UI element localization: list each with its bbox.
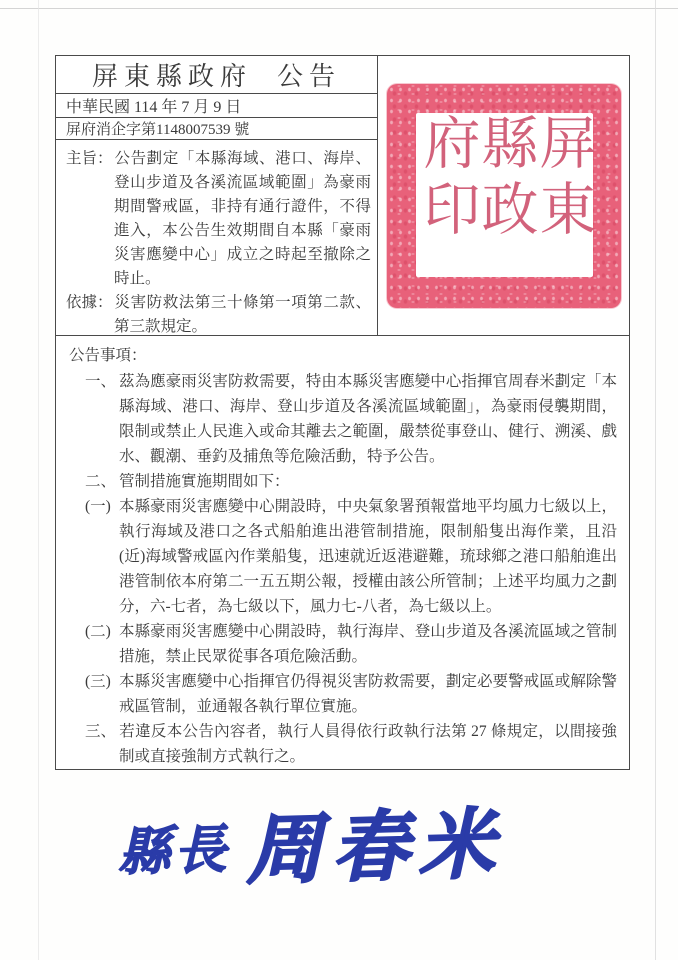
item-2-sub-1: (一)本縣豪雨災害應變中心開設時，中央氣象署預報當地平均風力七級以上，執行海域及… bbox=[85, 494, 617, 619]
scan-artifact-right-line bbox=[655, 0, 656, 960]
scanned-announcement-page: 屏東縣政府 公告 中華民國 114 年 7 月 9 日 屏府消企字第114800… bbox=[0, 0, 678, 960]
item-2-sub-2-number: (二) bbox=[85, 619, 119, 644]
signature-title: 縣長 bbox=[117, 807, 231, 885]
header-left-column: 屏東縣政府 公告 中華民國 114 年 7 月 9 日 屏府消企字第114800… bbox=[56, 56, 378, 335]
subject-basis-cell: 主旨：公告劃定「本縣海域、港口、海岸、登山步道及各溪流區域範圍」為豪雨期間警戒區… bbox=[56, 140, 377, 341]
basis-label: 依據： bbox=[66, 291, 114, 315]
item-2-sub-2-text: 本縣豪雨災害應變中心開設時，執行海岸、登山步道及各溪流區域之管制措施，禁止民眾從… bbox=[119, 623, 617, 665]
item-1-text: 茲為應豪雨災害防救需要，特由本縣災害應變中心指揮官周春米劃定「本縣海域、港口、海… bbox=[119, 373, 617, 465]
item-1-number: 一、 bbox=[85, 369, 119, 394]
seal-text: 屏東縣政府印 bbox=[417, 113, 591, 277]
subject-text: 公告劃定「本縣海域、港口、海岸、登山步道及各溪流區域範圍」為豪雨期間警戒區，非持… bbox=[114, 150, 371, 287]
basis-paragraph: 依據：災害防救法第三十條第一項第二款、第三款規定。 bbox=[66, 291, 371, 339]
item-2-text: 管制措施實施期間如下： bbox=[119, 473, 290, 490]
scan-artifact-left-line bbox=[38, 0, 39, 960]
official-seal-stamp: 屏東縣政府印 bbox=[387, 84, 621, 308]
seal-area: 屏東縣政府印 bbox=[378, 56, 629, 335]
item-2-sub-2: (二)本縣豪雨災害應變中心開設時，執行海岸、登山步道及各溪流區域之管制措施，禁止… bbox=[85, 619, 617, 669]
subject-paragraph: 主旨：公告劃定「本縣海域、港口、海岸、登山步道及各溪流區域範圍」為豪雨期間警戒區… bbox=[66, 147, 371, 291]
item-3: 三、若違反本公告內容者，執行人員得依行政執行法第 27 條規定，以間接強制或直接… bbox=[85, 719, 617, 769]
item-2-sub-3: (三)本縣災害應變中心指揮官仍得視災害防救需要，劃定必要警戒區或解除警戒區管制，… bbox=[85, 669, 617, 719]
document-header-area: 屏東縣政府 公告 中華民國 114 年 7 月 9 日 屏府消企字第114800… bbox=[56, 56, 629, 336]
seal-inner-square: 屏東縣政府印 bbox=[416, 113, 593, 277]
item-2: 二、管制措施實施期間如下： bbox=[85, 469, 617, 494]
item-2-sub-1-text: 本縣豪雨災害應變中心開設時，中央氣象署預報當地平均風力七級以上，執行海域及港口之… bbox=[119, 498, 617, 615]
item-3-text: 若違反本公告內容者，執行人員得依行政執行法第 27 條規定，以間接強制或直接強制… bbox=[119, 723, 617, 765]
announcement-items-section: 公告事項： 一、茲為應豪雨災害防救需要，特由本縣災害應變中心指揮官周春米劃定「本… bbox=[56, 336, 629, 766]
item-2-sub-1-number: (一) bbox=[85, 494, 119, 519]
item-2-sub-3-text: 本縣災害應變中心指揮官仍得視災害防救需要，劃定必要警戒區或解除警戒區管制，並通報… bbox=[119, 673, 617, 715]
item-1: 一、茲為應豪雨災害防救需要，特由本縣災害應變中心指揮官周春米劃定「本縣海域、港口… bbox=[85, 369, 617, 469]
magistrate-signature-block: 縣長 周春米 bbox=[117, 783, 506, 902]
item-2-sub-3-number: (三) bbox=[85, 669, 119, 694]
document-title: 屏東縣政府 公告 bbox=[56, 56, 377, 94]
signature-name: 周春米 bbox=[245, 783, 506, 899]
scan-artifact-top-line bbox=[0, 8, 678, 9]
basis-text: 災害防救法第三十條第一項第二款、第三款規定。 bbox=[114, 294, 371, 335]
item-2-number: 二、 bbox=[85, 469, 119, 494]
subject-label: 主旨： bbox=[66, 147, 114, 171]
announcement-table: 屏東縣政府 公告 中華民國 114 年 7 月 9 日 屏府消企字第114800… bbox=[55, 55, 630, 770]
items-header: 公告事項： bbox=[69, 342, 617, 369]
item-3-number: 三、 bbox=[85, 719, 119, 744]
document-date: 中華民國 114 年 7 月 9 日 bbox=[56, 94, 377, 118]
document-number: 屏府消企字第1148007539 號 bbox=[56, 118, 377, 140]
